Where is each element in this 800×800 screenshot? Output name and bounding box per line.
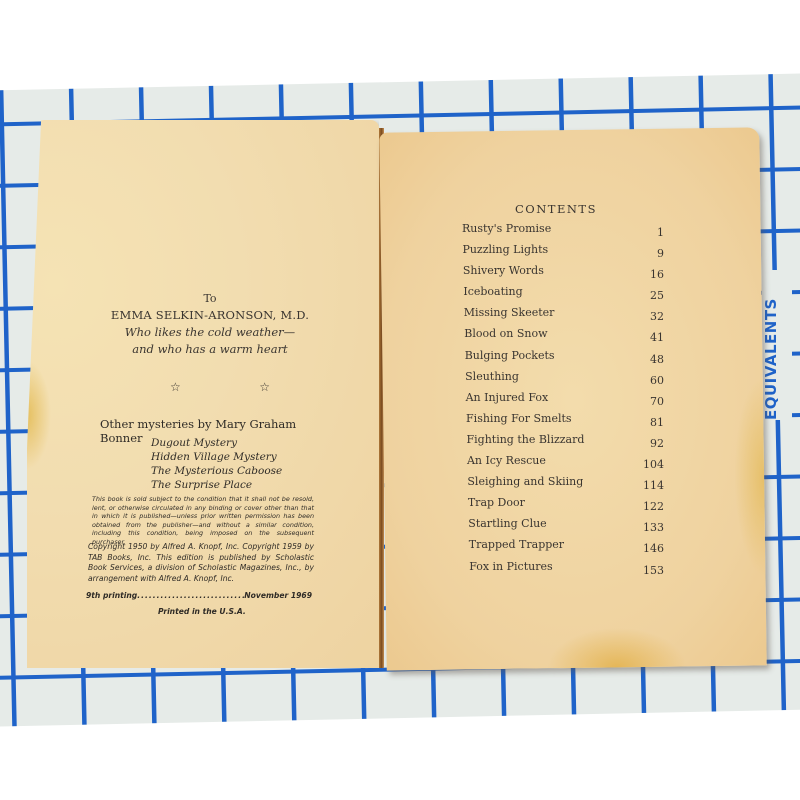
chapter-page-number: 81	[634, 416, 664, 429]
chapter-title: Startling Clue	[468, 517, 546, 530]
chapter-title: Bulging Pockets	[465, 349, 555, 362]
star-icon: ☆	[170, 380, 181, 394]
toc-entry: Blood on Snow41	[464, 325, 682, 346]
chapter-title: Sleighing and Skiing	[467, 475, 583, 488]
chapter-title: Trap Door	[468, 496, 525, 509]
water-stain	[546, 626, 687, 668]
toc-entry: Startling Clue133	[468, 515, 682, 536]
chapter-title: Trapped Trapper	[469, 538, 564, 551]
toc-entry: Puzzling Lights9	[462, 241, 682, 262]
chapter-page-number: 133	[634, 521, 664, 534]
copyright-notice: Copyright 1950 by Alfred A. Knopf, Inc. …	[88, 542, 314, 584]
contents-heading: CONTENTS	[515, 202, 597, 216]
chapter-title: Blood on Snow	[464, 327, 547, 340]
star-icon: ☆	[259, 380, 270, 394]
toc-entry: Bulging Pockets48	[465, 347, 682, 368]
resale-notice: This book is sold subject to the conditi…	[92, 495, 314, 547]
chapter-page-number: 9	[634, 247, 664, 260]
chapter-title: Fighting the Blizzard	[467, 433, 585, 446]
toc-entry: Sleighing and Skiing114	[467, 473, 682, 494]
chapter-title: Shivery Words	[463, 264, 544, 277]
dedication-line: Who likes the cold weather—	[100, 324, 320, 341]
dedication-to: To	[100, 290, 320, 307]
toc-entry: An Injured Fox70	[466, 389, 682, 410]
chapter-page-number: 16	[634, 268, 664, 281]
toc-entry: Fox in Pictures153	[469, 558, 682, 579]
book-title: Hidden Village Mystery	[151, 450, 282, 464]
chapter-page-number: 48	[634, 353, 664, 366]
dedication-name: EMMA SELKIN-ARONSON, M.D.	[100, 307, 320, 324]
printing-date: November 1969	[244, 591, 312, 600]
chapter-page-number: 92	[634, 437, 664, 450]
chapter-page-number: 153	[634, 564, 664, 577]
printed-in: Printed in the U.S.A.	[158, 607, 246, 616]
dedication: To EMMA SELKIN-ARONSON, M.D. Who likes t…	[100, 290, 320, 358]
toc-entry: Trapped Trapper146	[469, 536, 682, 557]
toc-entry: Trap Door122	[468, 494, 682, 515]
leader-dots: ........................................…	[137, 591, 244, 600]
chapter-page-number: 60	[634, 374, 664, 387]
printing-line: 9th printing ...........................…	[86, 591, 312, 600]
chapter-page-number: 70	[634, 395, 664, 408]
other-mysteries-list: Dugout Mystery Hidden Village Mystery Th…	[151, 436, 282, 492]
toc-entry: Sleuthing60	[465, 368, 682, 389]
chapter-title: Iceboating	[463, 285, 522, 298]
chapter-page-number: 41	[634, 331, 664, 344]
toc-entry: Fishing For Smelts81	[466, 410, 682, 431]
toc-entry: Rusty's Promise1	[462, 220, 682, 241]
chapter-title: Rusty's Promise	[462, 222, 551, 235]
chapter-page-number: 114	[634, 479, 664, 492]
water-stain	[27, 360, 51, 470]
chapter-page-number: 25	[634, 289, 664, 302]
book-title: The Mysterious Caboose	[151, 464, 282, 478]
chapter-title: Missing Skeeter	[464, 306, 555, 319]
toc-entry: Shivery Words16	[463, 262, 682, 283]
chapter-title: An Icy Rescue	[467, 454, 546, 467]
star-ornament: ☆ ☆	[170, 380, 270, 394]
chapter-page-number: 1	[634, 226, 664, 239]
book-title: The Surprise Place	[151, 478, 282, 492]
book-title: Dugout Mystery	[151, 436, 282, 450]
left-page	[27, 120, 379, 668]
toc-entry: An Icy Rescue104	[467, 452, 682, 473]
toc-entry: Iceboating25	[463, 283, 682, 304]
printing-label: 9th printing	[86, 591, 137, 600]
toc-entry: Missing Skeeter32	[464, 304, 682, 325]
chapter-page-number: 32	[634, 310, 664, 323]
chapter-title: Fox in Pictures	[469, 560, 552, 573]
dedication-line: and who has a warm heart	[100, 341, 320, 358]
chapter-title: An Injured Fox	[466, 391, 549, 404]
chapter-title: Sleuthing	[465, 370, 519, 383]
chapter-title: Puzzling Lights	[462, 243, 548, 256]
chapter-page-number: 146	[634, 542, 664, 555]
water-stain	[733, 377, 766, 577]
chapter-page-number: 122	[634, 500, 664, 513]
chapter-page-number: 104	[634, 458, 664, 471]
chapter-title: Fishing For Smelts	[466, 412, 572, 425]
table-of-contents: Rusty's Promise1Puzzling Lights9Shivery …	[462, 220, 682, 579]
toc-entry: Fighting the Blizzard92	[467, 431, 683, 452]
mat-label: EQUIVALENTS	[762, 270, 792, 420]
